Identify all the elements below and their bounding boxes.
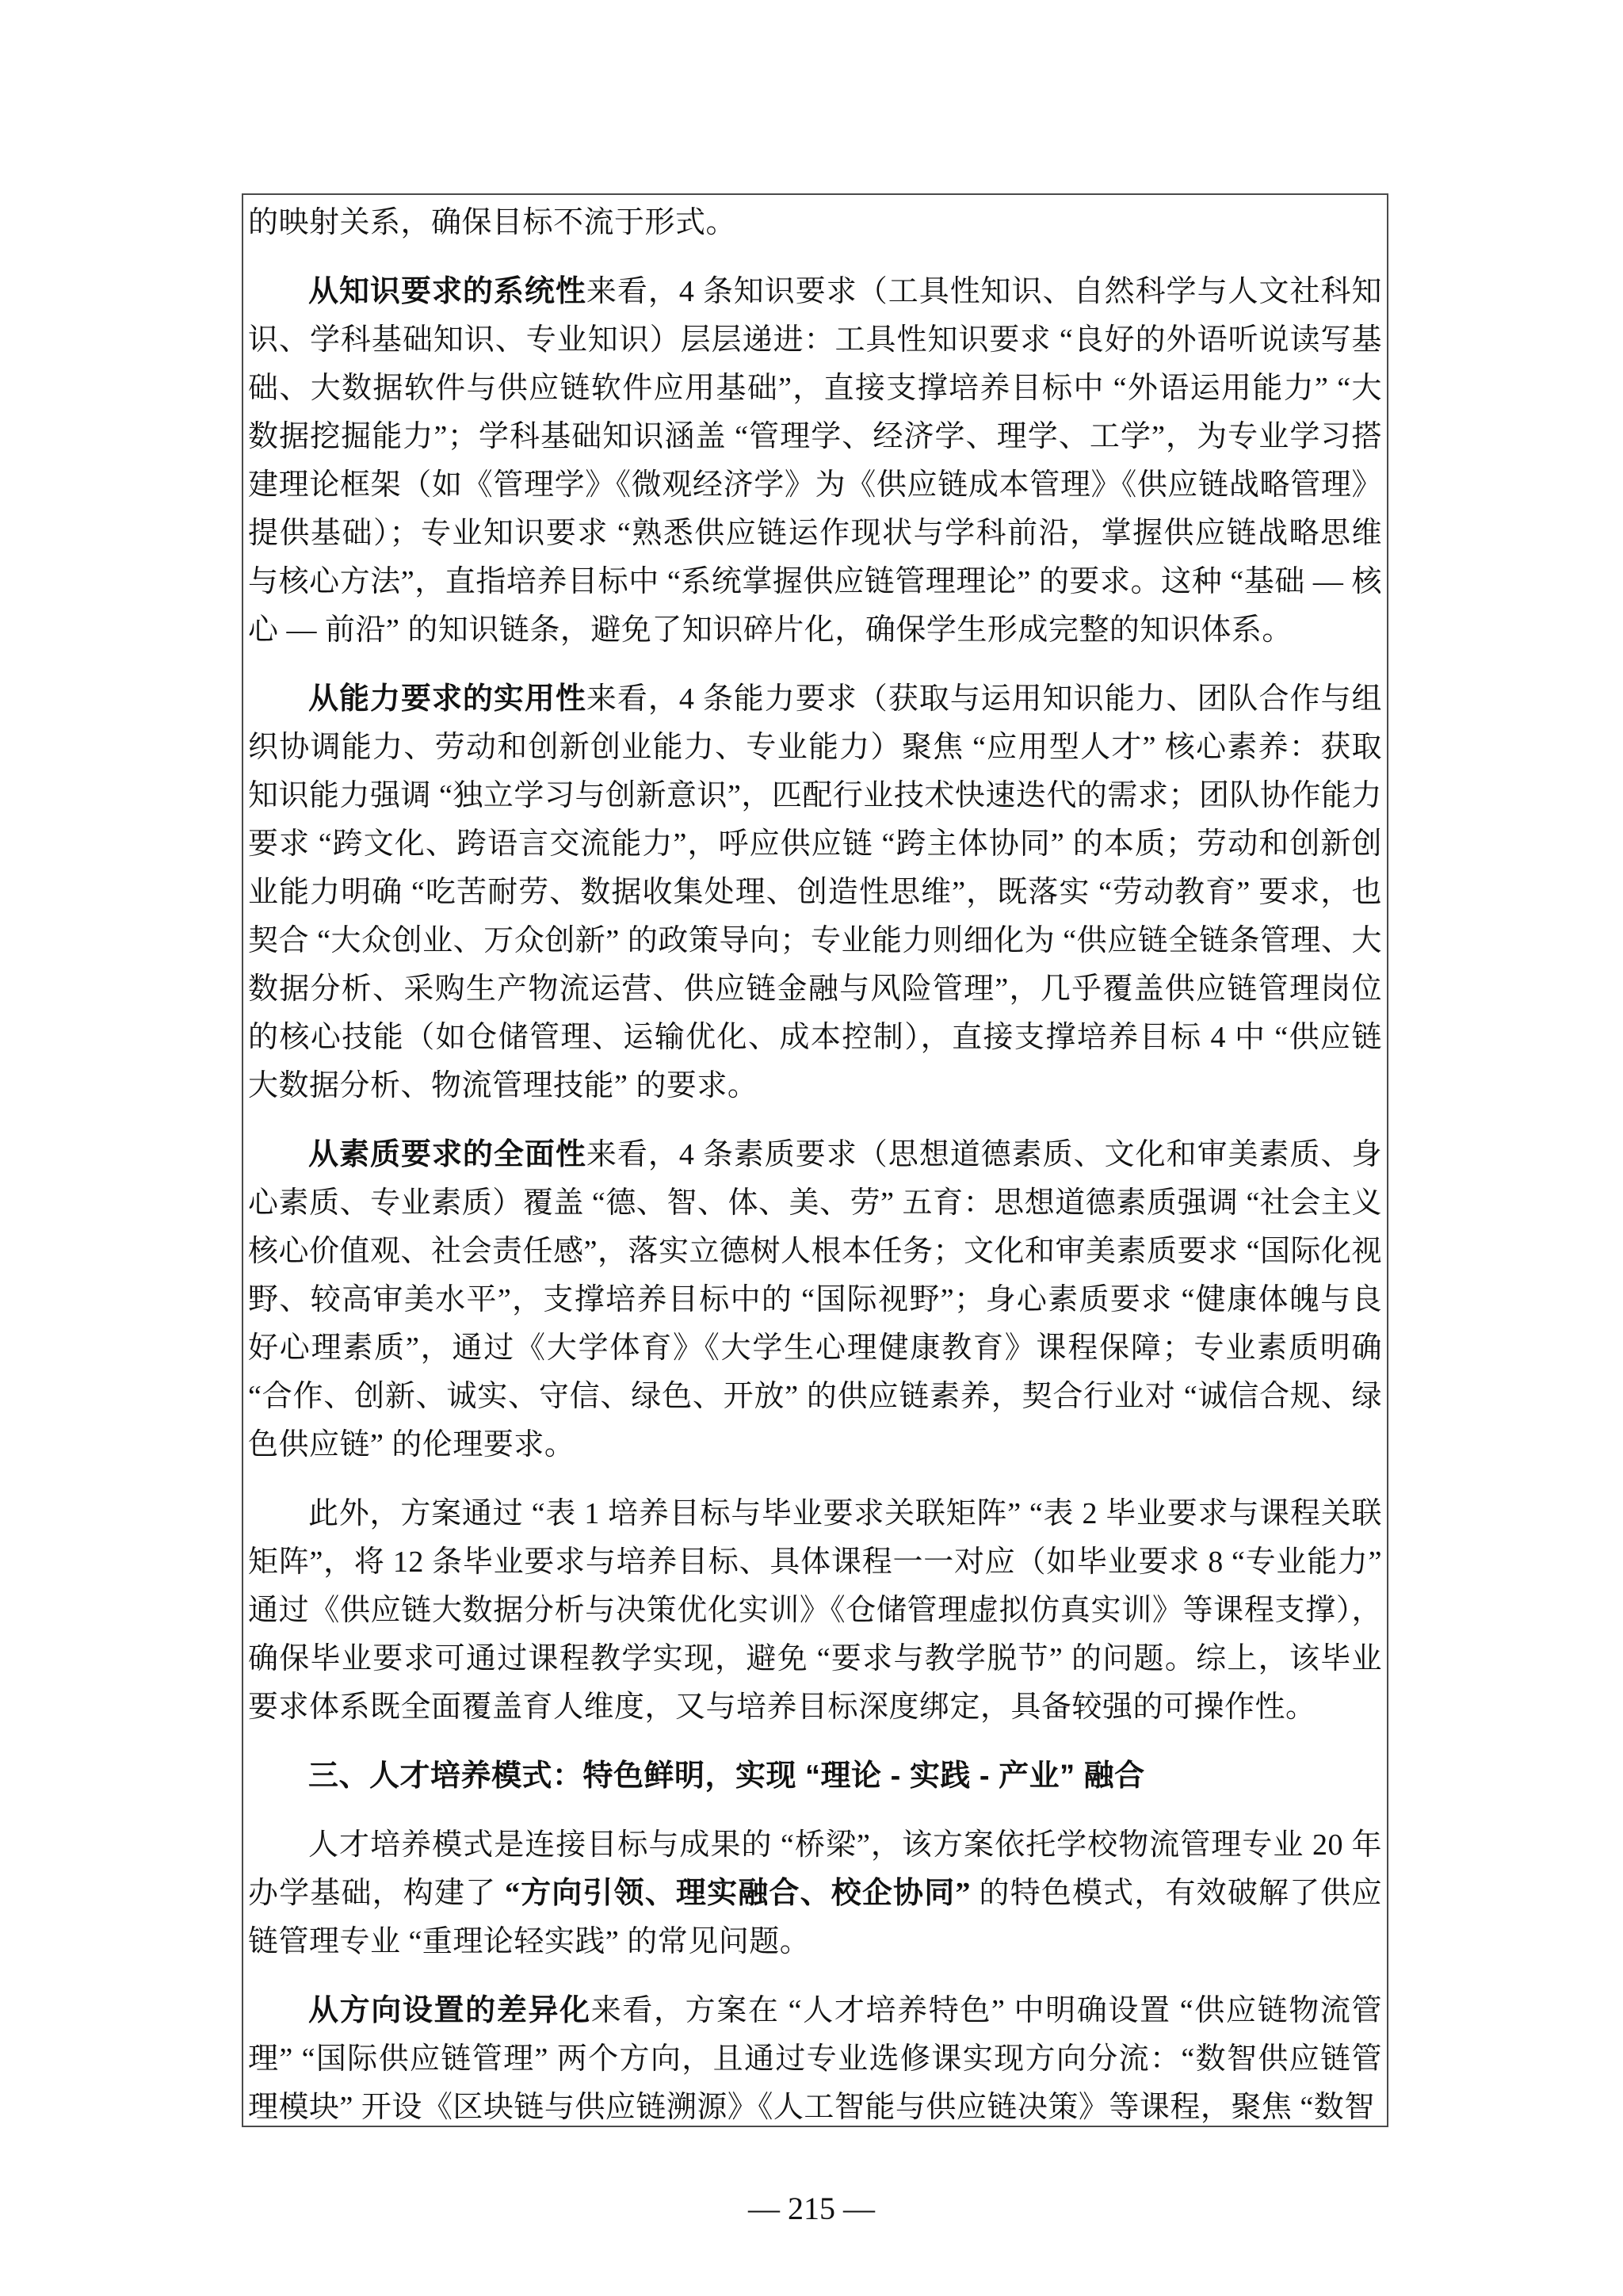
paragraph: 的映射关系，确保目标不流于形式。: [248, 199, 1382, 247]
paragraph: 从能力要求的实用性来看，4 条能力要求（获取与运用知识能力、团队合作与组织协调能…: [248, 675, 1382, 1110]
bold-text-run: 从素质要求的全面性: [308, 1138, 586, 1171]
text-run: 来看，4 条知识要求（工具性知识、自然科学与人文社科知识、学科基础知识、专业知识…: [248, 275, 1382, 647]
bold-text-run: 从能力要求的实用性: [308, 682, 586, 716]
page-number: — 215 —: [0, 2190, 1623, 2228]
bold-text-run: 三、人才培养模式：特色鲜明，实现 “理论 - 实践 - 产业” 融合: [308, 1759, 1145, 1793]
text-run: 来看，4 条能力要求（获取与运用知识能力、团队合作与组织协调能力、劳动和创新创业…: [248, 682, 1382, 1102]
paragraph: 人才培养模式是连接目标与成果的 “桥梁”，该方案依托学校物流管理专业 20 年办…: [248, 1821, 1382, 1966]
paragraph: 从方向设置的差异化来看，方案在 “人才培养特色” 中明确设置 “供应链物流管理”…: [248, 1987, 1382, 2132]
paragraph: 此外，方案通过 “表 1 培养目标与毕业要求关联矩阵” “表 2 毕业要求与课程…: [248, 1490, 1382, 1732]
bold-text-run: 从知识要求的系统性: [308, 275, 586, 308]
document-body: 的映射关系，确保目标不流于形式。从知识要求的系统性来看，4 条知识要求（工具性知…: [248, 199, 1382, 2132]
document-page: 的映射关系，确保目标不流于形式。从知识要求的系统性来看，4 条知识要求（工具性知…: [0, 0, 1623, 2296]
page-border: 的映射关系，确保目标不流于形式。从知识要求的系统性来看，4 条知识要求（工具性知…: [242, 193, 1388, 2127]
text-run: 来看，4 条素质要求（思想道德素质、文化和审美素质、身心素质、专业素质）覆盖 “…: [248, 1138, 1382, 1461]
paragraph: 从知识要求的系统性来看，4 条知识要求（工具性知识、自然科学与人文社科知识、学科…: [248, 268, 1382, 655]
section-heading: 三、人才培养模式：特色鲜明，实现 “理论 - 实践 - 产业” 融合: [248, 1752, 1382, 1801]
bold-text-run: “方向引领、理实融合、校企协同”: [505, 1877, 971, 1910]
text-run: 的映射关系，确保目标不流于形式。: [248, 206, 736, 239]
bold-text-run: 从方向设置的差异化: [308, 1994, 591, 2027]
paragraph: 从素质要求的全面性来看，4 条素质要求（思想道德素质、文化和审美素质、身心素质、…: [248, 1131, 1382, 1469]
text-run: 此外，方案通过 “表 1 培养目标与毕业要求关联矩阵” “表 2 毕业要求与课程…: [248, 1497, 1382, 1724]
